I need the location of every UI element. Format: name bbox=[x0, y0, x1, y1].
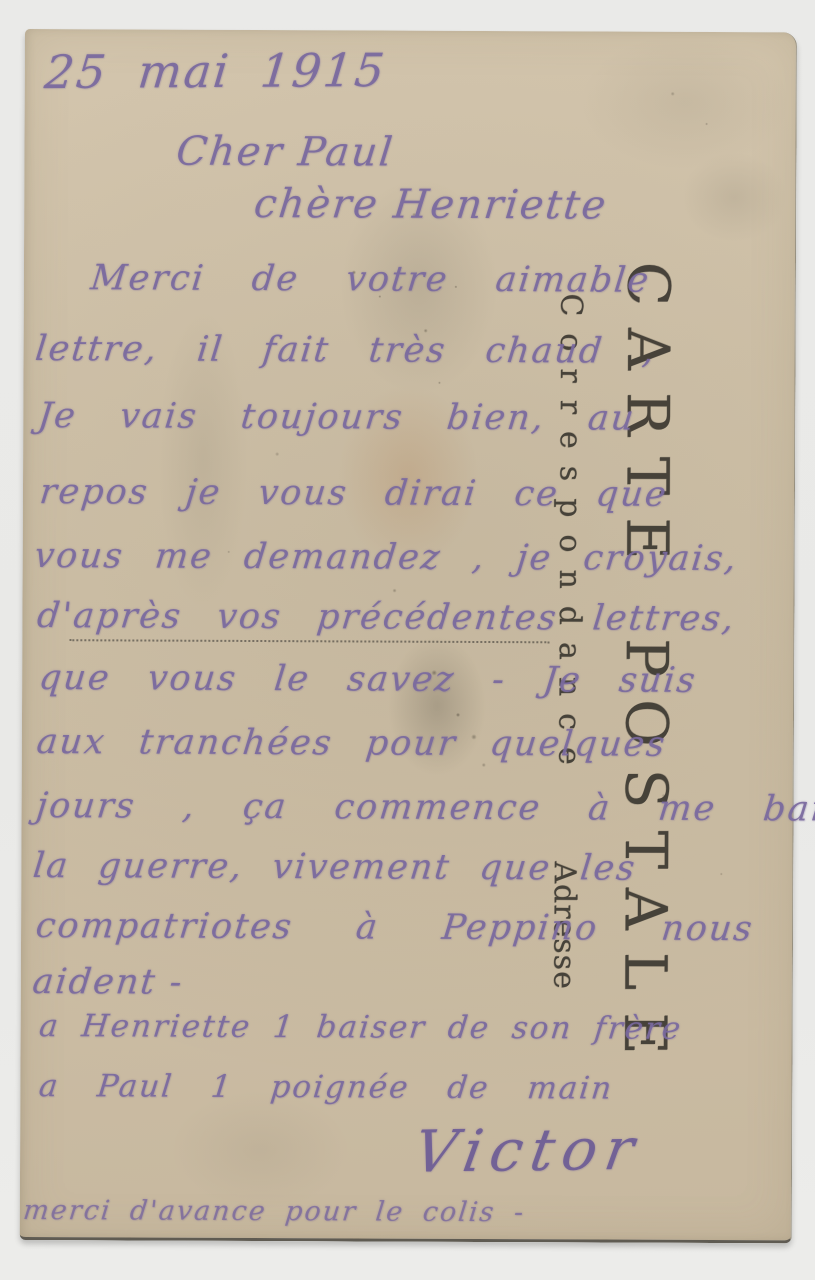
postscript: merci d'avance pour le colis - bbox=[22, 1197, 527, 1226]
message-line: vous me demandez , je croyais, bbox=[33, 539, 740, 577]
closing-line-henriette: a Henriette 1 baiser de son frère bbox=[38, 1011, 684, 1045]
message-line: compatriotes à Peppino nous bbox=[34, 909, 755, 947]
signature: Victor bbox=[410, 1120, 646, 1181]
message-line: jours , ça commence à me barber bbox=[35, 789, 815, 828]
salutation-henriette: chère Henriette bbox=[252, 184, 609, 226]
salutation-paul: Cher Paul bbox=[174, 132, 396, 173]
message-line: d'après vos précédentes lettres, bbox=[35, 599, 737, 637]
scan-background: CARTE POSTALE Correspondance Adresse 25 … bbox=[0, 0, 815, 1280]
message-line: lettre, il fait très chaud , bbox=[34, 332, 658, 370]
handwritten-date: 25 mai 1915 bbox=[43, 47, 389, 95]
message-line: la guerre, vivement que les bbox=[31, 849, 638, 887]
closing-line-paul: a Paul 1 poignée de main bbox=[37, 1071, 615, 1104]
postcard: CARTE POSTALE Correspondance Adresse 25 … bbox=[20, 29, 797, 1243]
message-line: Je vais toujours bien, au bbox=[36, 399, 637, 437]
message-line: repos je vous dirai ce que bbox=[38, 475, 670, 513]
message-line: que vous le savez - Je suis bbox=[37, 661, 698, 699]
divider-dotted-line bbox=[69, 639, 549, 643]
message-line: aident - bbox=[31, 965, 186, 1001]
message-line: Merci de votre aimable bbox=[89, 261, 652, 298]
message-line: aux tranchées pour quelques bbox=[35, 725, 668, 763]
